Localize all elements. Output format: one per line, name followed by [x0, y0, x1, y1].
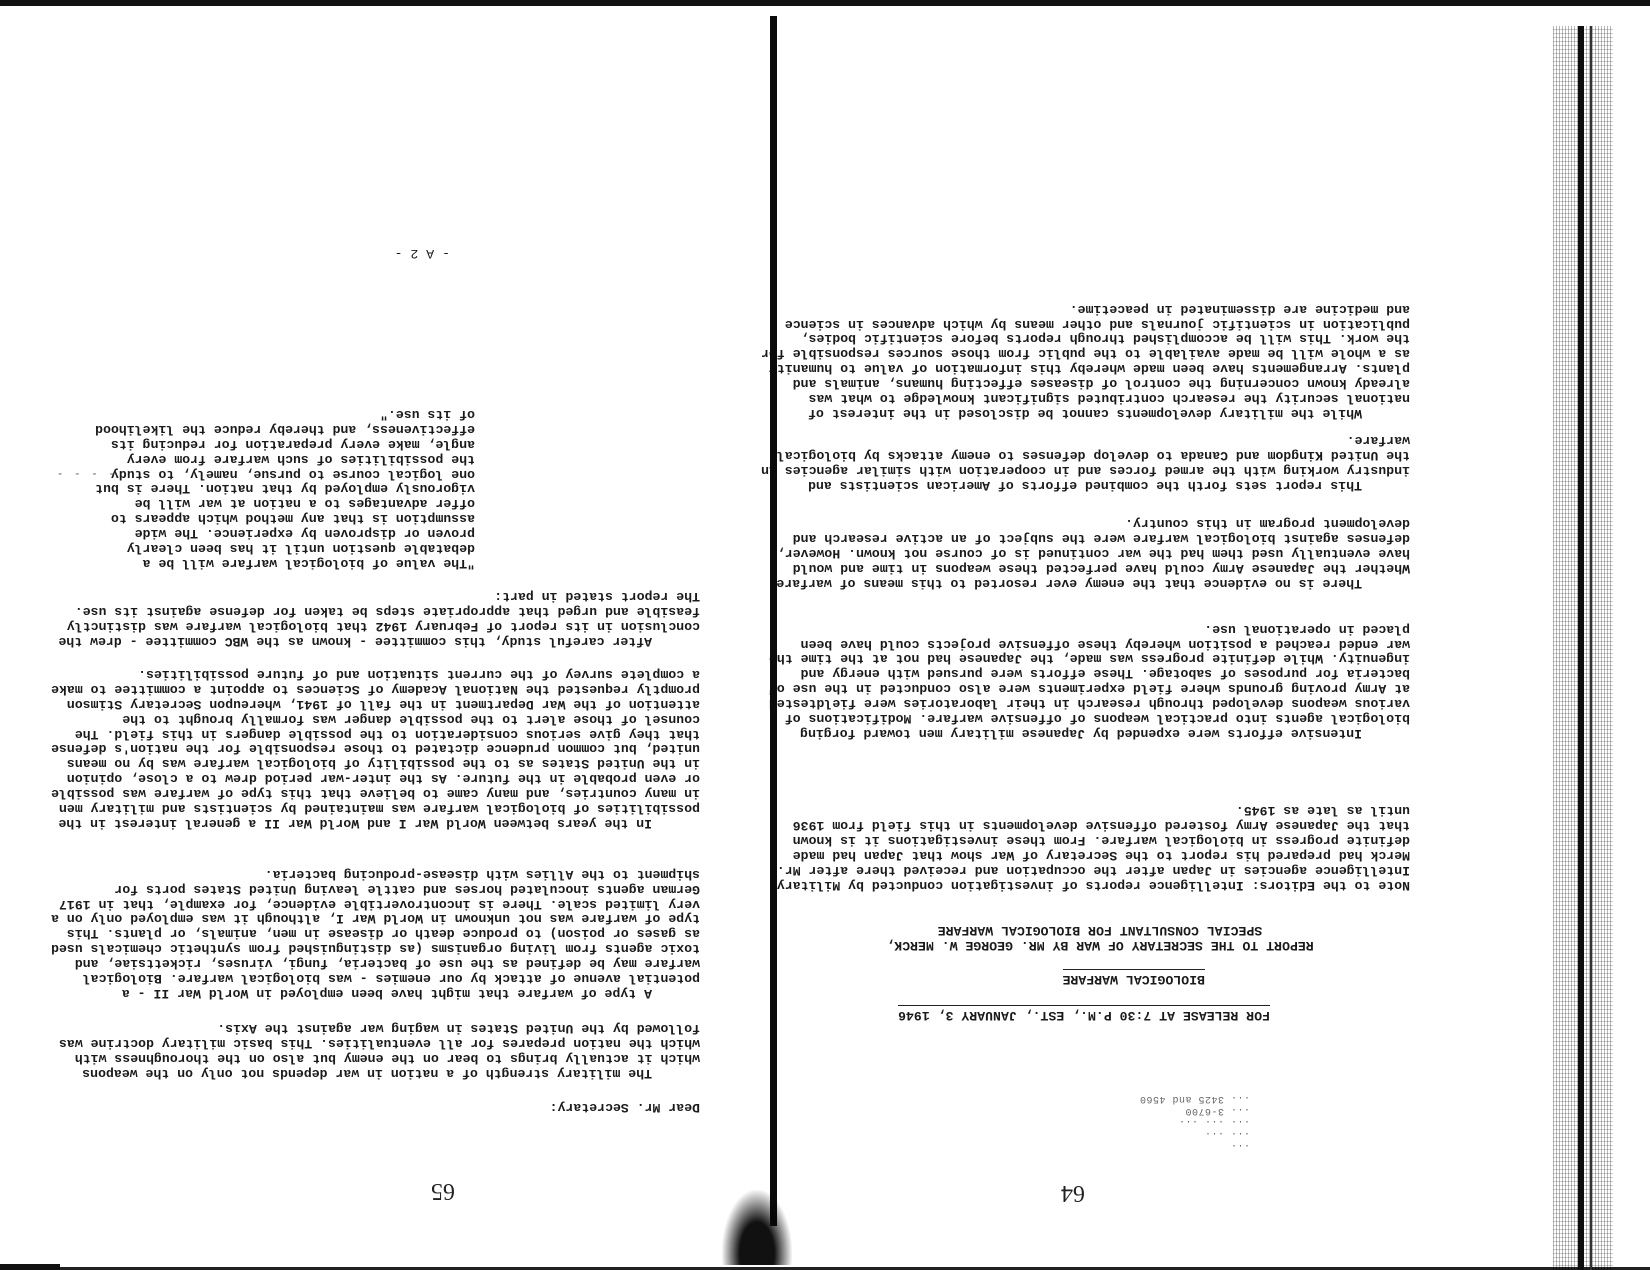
block-quote: "The value of biological warfare will be… [85, 406, 475, 570]
paragraph-text: A type of warfare that might have been e… [50, 866, 700, 1000]
page-footer: - A 2 - [395, 245, 450, 260]
document-subtitle: REPORT TO THE SECRETARY OF WAR BY MR. GE… [865, 922, 1335, 952]
paragraph: Intensive efforts were expended by Japan… [760, 621, 1410, 740]
spine-blot [722, 1190, 792, 1265]
subtitle-line: SPECIAL CONSULTANT FOR BIOLOGICAL WARFAR… [865, 922, 1335, 937]
paragraph: In the years between World War I and Wor… [50, 666, 700, 830]
stamp-line: ... 3-6700 [1139, 1104, 1250, 1116]
paragraph-text: There is no evidence that the enemy ever… [760, 515, 1410, 590]
paragraph: This report sets forth the combined effo… [760, 432, 1410, 492]
book-spine-shadow [770, 16, 777, 1226]
release-line: FOR RELEASE AT 7:30 P.M., EST., JANUARY … [898, 1005, 1270, 1022]
paragraph-text: After careful study, this committee - kn… [50, 588, 700, 648]
scan-edge-bar [1578, 26, 1584, 1270]
scan-edge-bar [1590, 26, 1592, 1270]
page-65: 65 Dear Mr. Secretary: The military stre… [40, 0, 700, 1270]
paragraph-text: While the military developments cannot b… [760, 301, 1410, 420]
paragraph: There is no evidence that the enemy ever… [760, 515, 1410, 590]
subtitle-line: REPORT TO THE SECRETARY OF WAR BY MR. GE… [865, 937, 1335, 952]
paragraph-text: In the years between World War I and Wor… [50, 666, 700, 830]
contact-stamp: ... ... ... ... ... ... ... 3-6700 ... 3… [1139, 1092, 1250, 1152]
page-number: 65 [431, 1183, 455, 1198]
paragraph-text: Intensive efforts were expended by Japan… [760, 621, 1410, 740]
paragraph: A type of warfare that might have been e… [50, 866, 700, 1000]
rotated-page-spread: 64 ... ... ... ... ... ... ... 3-6700 ..… [0, 0, 1650, 1270]
paragraph: While the military developments cannot b… [760, 301, 1410, 420]
paragraph: The military strength of a nation in war… [50, 1020, 700, 1080]
paragraph-text: The military strength of a nation in war… [50, 1020, 700, 1080]
salutation: Dear Mr. Secretary: [550, 1099, 700, 1114]
document-title: BIOLOGICAL WARFARE [1063, 969, 1205, 986]
stamp-line: ... ... ... [1139, 1116, 1250, 1128]
paragraph-text: This report sets forth the combined effo… [760, 432, 1410, 492]
margin-mark: - - - - [55, 465, 115, 480]
page-number: 64 [1061, 1185, 1085, 1200]
page-64: 64 ... ... ... ... ... ... ... 3-6700 ..… [750, 0, 1410, 1270]
stamp-line: ... 3425 and 4560 [1139, 1092, 1250, 1104]
paragraph-text: Note to the Editors: Intelligence report… [760, 803, 1410, 892]
stamp-line: ... [1139, 1140, 1250, 1152]
paragraph-note-to-editors: Note to the Editors: Intelligence report… [760, 803, 1410, 892]
stamp-line: ... ... [1139, 1128, 1250, 1140]
paragraph: After careful study, this committee - kn… [50, 588, 700, 648]
